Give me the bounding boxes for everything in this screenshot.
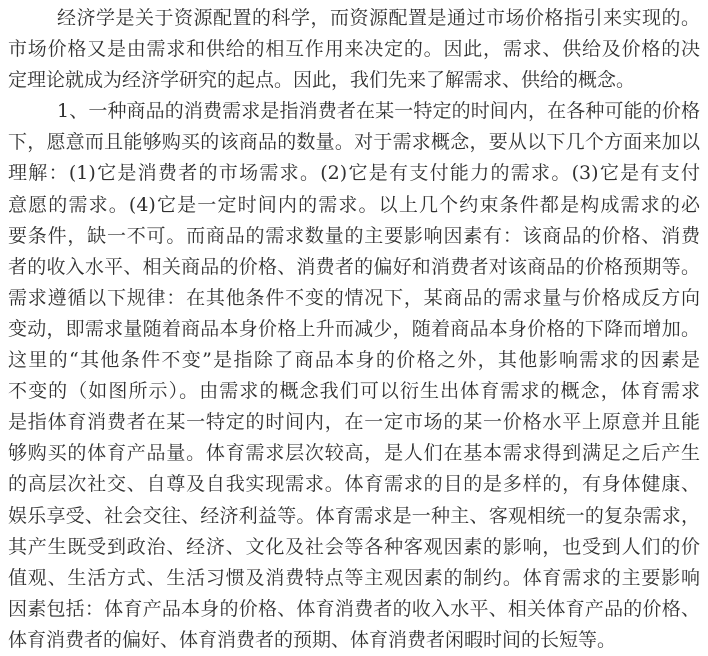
- text-line: 市场价格又是由需求和供给的相互作用来决定的。因此，需求、供给及价格的决: [8, 34, 700, 65]
- text-line: 经济学是关于资源配置的科学，而资源配置是通过市场价格指引来实现的。: [8, 3, 700, 34]
- text-line: 的高层次社交、自尊及自我实现需求。体育需求的目的是多样的，有身体健康、: [8, 469, 700, 500]
- text-line: 1、一种商品的消费需求是指消费者在某一特定的时间内，在各种可能的价格: [8, 96, 700, 127]
- text-line: 定理论就成为经济学研究的起点。因此，我们先来了解需求、供给的概念。: [8, 65, 700, 96]
- text-line: 其产生既受到政治、经济、文化及社会等各种客观因素的影响，也受到人们的价: [8, 532, 700, 563]
- text-line: 不变的（如图所示）。由需求的概念我们可以衍生出体育需求的概念，体育需求: [8, 376, 700, 407]
- text-line: 需求遵循以下规律：在其他条件不变的情况下，某商品的需求量与价格成反方向: [8, 283, 700, 314]
- text-line: 这里的“其他条件不变”是指除了商品本身的价格之外，其他影响需求的因素是: [8, 345, 700, 376]
- text-line: 变动，即需求量随着商品本身价格上升而减少，随着商品本身价格的下降而增加。: [8, 314, 700, 345]
- document-page: 经济学是关于资源配置的科学，而资源配置是通过市场价格指引来实现的。 市场价格又是…: [0, 0, 708, 656]
- text-line: 值观、生活方式、生活习惯及消费特点等主观因素的制约。体育需求的主要影响: [8, 563, 700, 594]
- text-line: 要条件，缺一不可。而商品的需求数量的主要影响因素有：该商品的价格、消费: [8, 221, 700, 252]
- text-line: 下，愿意而且能够购买的该商品的数量。对于需求概念，要从以下几个方面来加以: [8, 127, 700, 158]
- text-line: 者的收入水平、相关商品的价格、消费者的偏好和消费者对该商品的价格预期等。: [8, 252, 700, 283]
- text-line: 因素包括：体育产品本身的价格、体育消费者的收入水平、相关体育产品的价格、: [8, 594, 700, 625]
- text-line: 够购买的体育产品量。体育需求层次较高，是人们在基本需求得到满足之后产生: [8, 438, 700, 469]
- text-line: 娱乐享受、社会交往、经济利益等。体育需求是一种主、客观相统一的复杂需求，: [8, 501, 700, 532]
- text-line: 意愿的需求。(4)它是一定时间内的需求。以上几个约束条件都是构成需求的必: [8, 190, 700, 221]
- text-line: 是指体育消费者在某一特定的时间内，在一定市场的某一价格水平上原意并且能: [8, 407, 700, 438]
- text-line: 体育消费者的偏好、体育消费者的预期、体育消费者闲暇时间的长短等。: [8, 625, 700, 656]
- text-line: 理解：(1)它是消费者的市场需求。(2)它是有支付能力的需求。(3)它是有支付: [8, 158, 700, 189]
